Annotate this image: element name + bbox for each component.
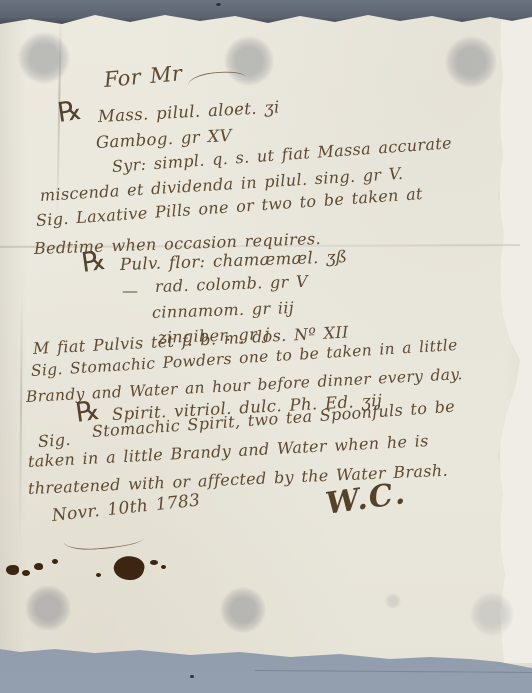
p2-ditto-dash: — <box>122 283 138 299</box>
torn-page-edge <box>494 15 532 663</box>
adhesive-smudge <box>470 592 514 636</box>
date-underline-flourish <box>64 537 144 551</box>
p3-sig-label: Sig. <box>37 432 71 450</box>
heading-for-mr: For Mr <box>103 63 183 91</box>
adhesive-smudge <box>384 594 402 608</box>
adhesive-smudge <box>224 36 274 86</box>
ink-blot <box>52 559 58 564</box>
p1-ingredient-2: Gambog. gr XV <box>96 128 233 152</box>
ink-blot <box>96 573 101 577</box>
manuscript-page: For Mr ℞ Mass. pilul. aloet. ʒi Gambog. … <box>0 0 532 693</box>
board-speck <box>190 675 194 678</box>
rx-symbol: ℞ <box>80 247 108 277</box>
ink-blot <box>161 565 166 569</box>
ink-blot <box>150 560 158 565</box>
ink-blot <box>34 563 43 570</box>
p2-ingredient-3: cinnamom. gr iij <box>152 300 295 321</box>
photograph-of-manuscript: For Mr ℞ Mass. pilul. aloet. ʒi Gambog. … <box>0 0 532 693</box>
adhesive-smudge <box>220 587 266 633</box>
adhesive-smudge <box>25 585 71 631</box>
p1-ingredient-1: Mass. pilul. aloet. ʒi <box>98 99 281 125</box>
background-seam <box>255 670 532 673</box>
adhesive-smudge <box>445 36 497 88</box>
paper-crease <box>19 290 23 540</box>
date-line: Novr. 10th 1783 <box>51 492 201 524</box>
rx-symbol: ℞ <box>56 97 84 127</box>
board-speck <box>216 3 221 6</box>
ink-blot <box>6 565 19 575</box>
adhesive-smudge <box>18 32 70 84</box>
signature-initials: W.C. <box>324 479 409 520</box>
ink-blot <box>112 553 147 584</box>
p2-ingredient-2: rad. colomb. gr V <box>155 274 308 295</box>
ink-blot <box>22 570 30 576</box>
